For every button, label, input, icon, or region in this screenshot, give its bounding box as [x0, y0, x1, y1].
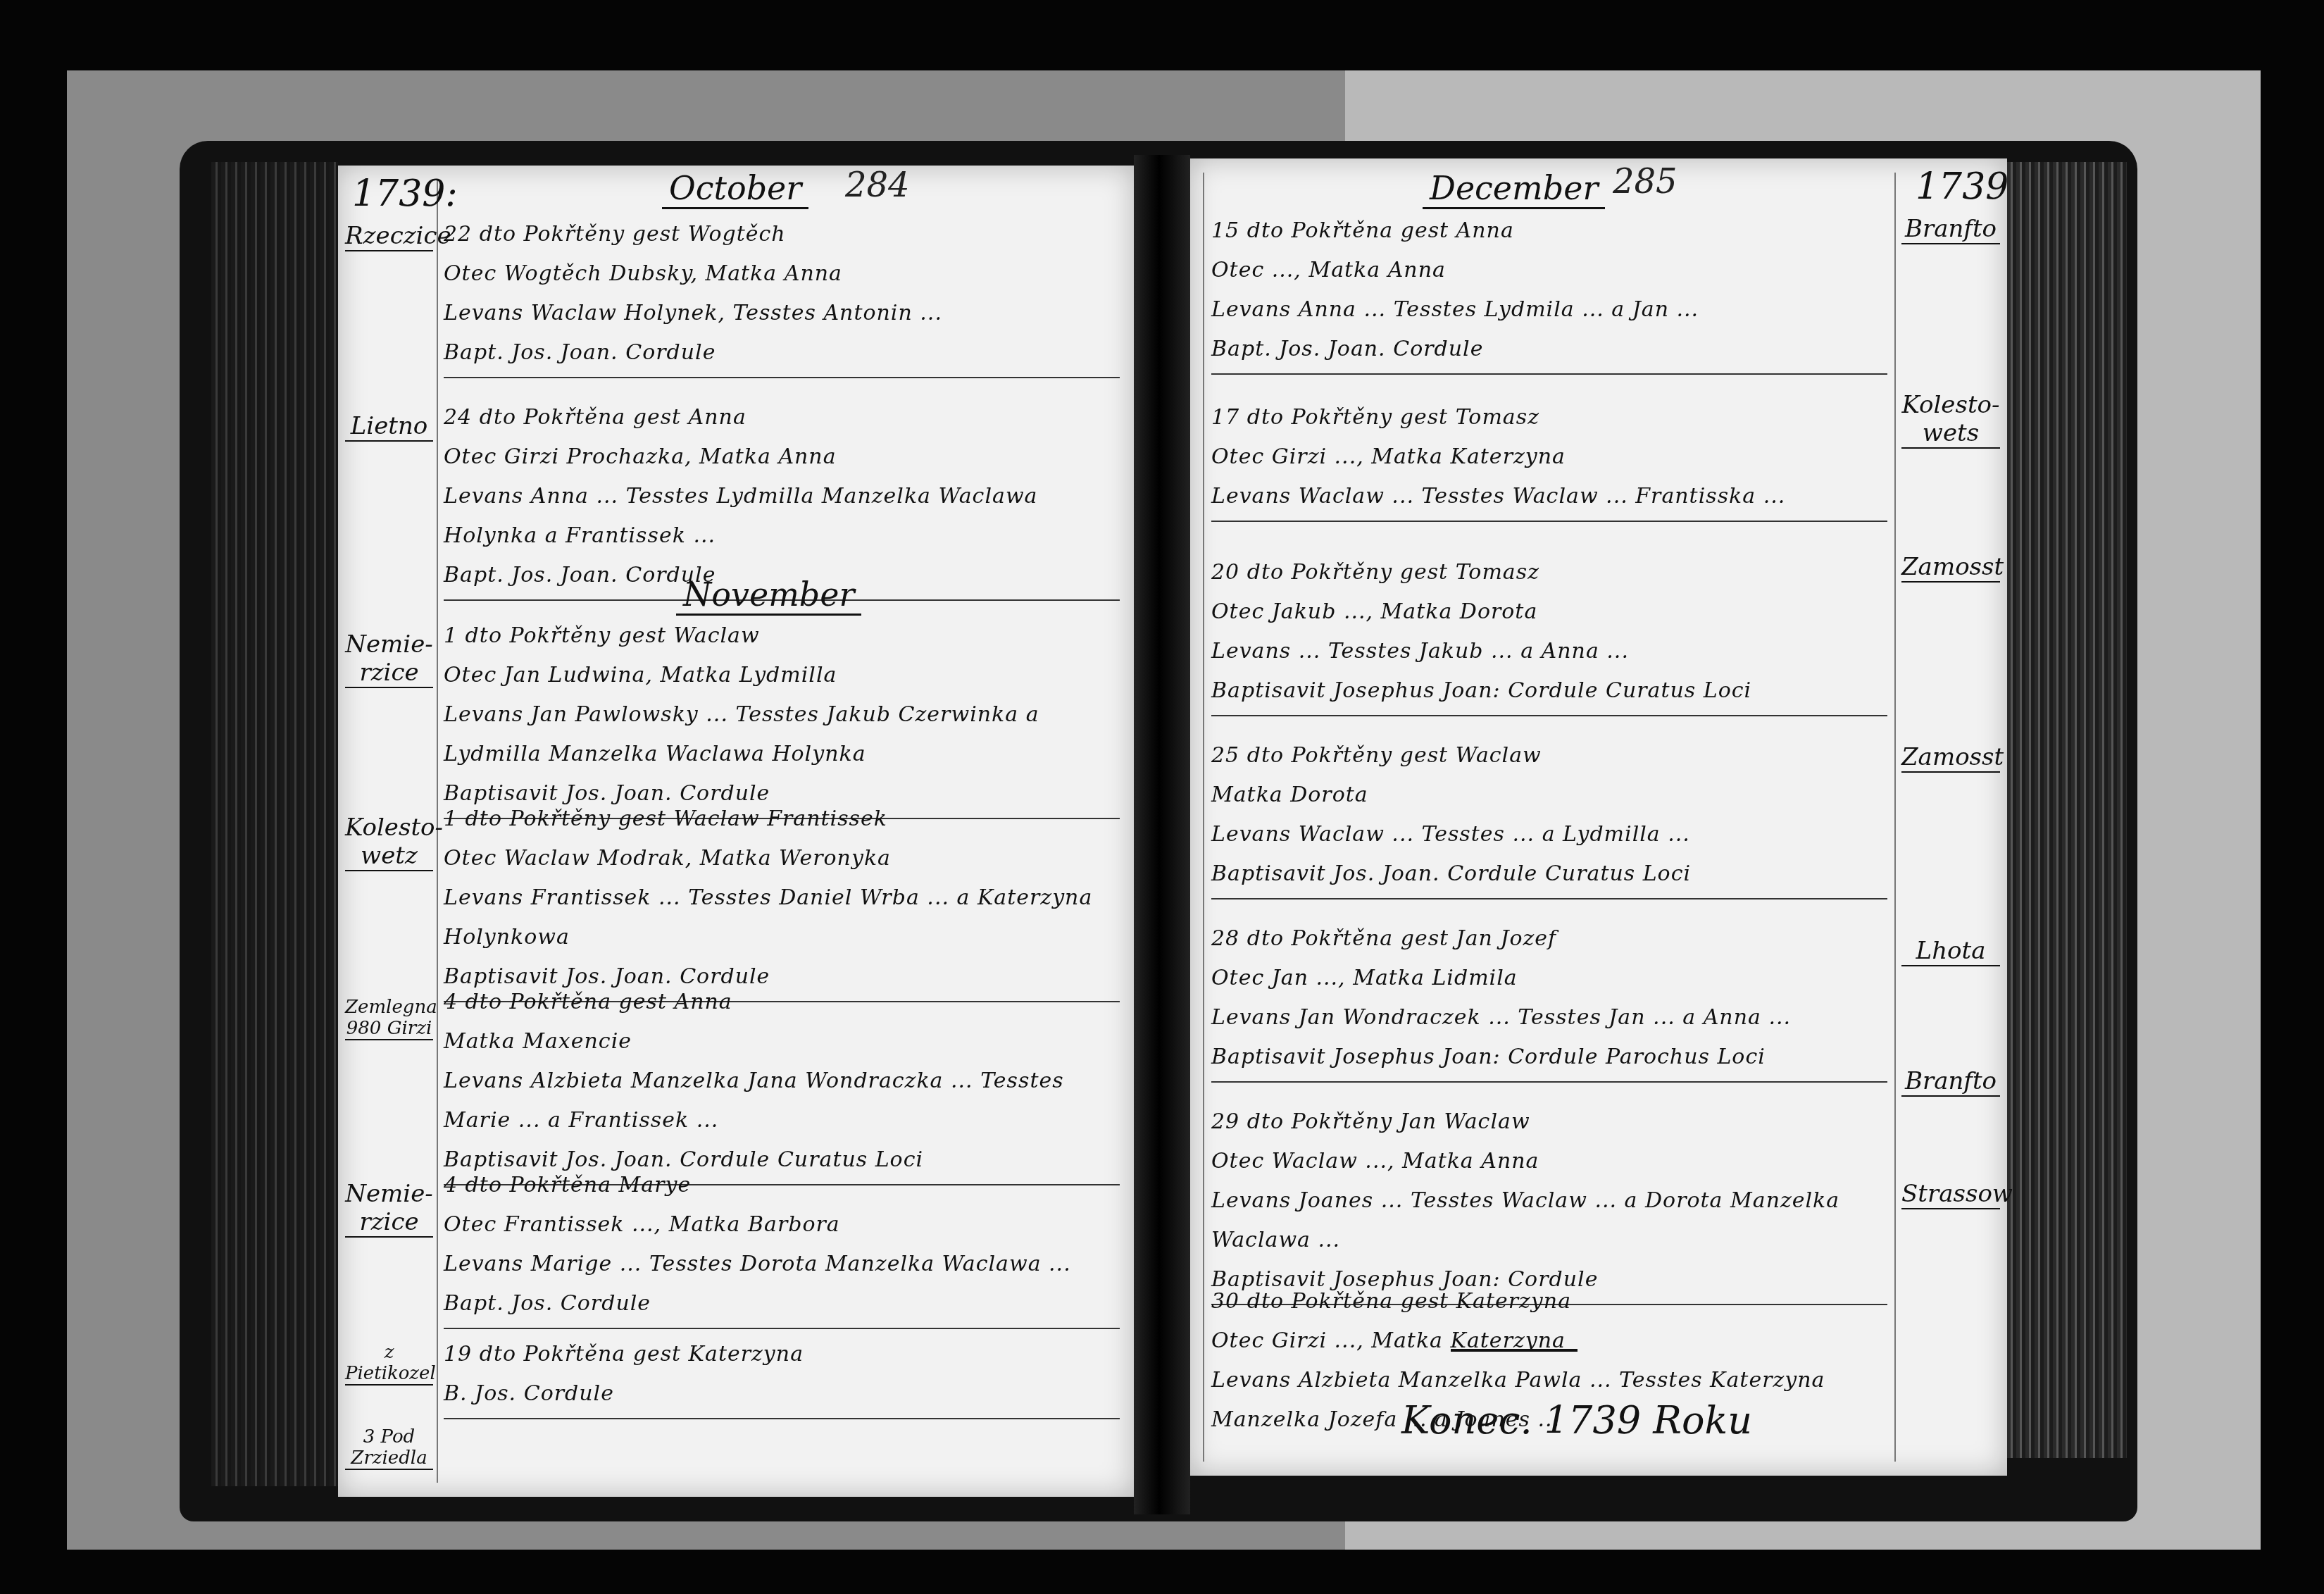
register-entry: 29 dto Pokřtěny Jan Waclaw Otec Waclaw .… — [1211, 1102, 1887, 1305]
entry-opening: 20 dto Pokřtěny gest Tomasz — [1211, 553, 1887, 592]
margin-note-village: Branfto — [1901, 215, 2000, 244]
entry-godparents: Levans Jan Wondraczek ... Tesstes Jan ..… — [1211, 998, 1887, 1038]
entry-parents: Otec Girzi ..., Matka Katerzyna — [1211, 1321, 1887, 1361]
entry-godparents: Levans Joanes ... Tesstes Waclaw ... a D… — [1211, 1181, 1887, 1260]
entry-godparents: Levans Anna ... Tesstes Lydmila ... a Ja… — [1211, 290, 1887, 330]
entry-signature: Baptisavit Josephus Joan: Cordule Curatu… — [1211, 671, 1887, 711]
entry-godparents: Levans Waclaw Holynek, Tesstes Antonin .… — [444, 294, 1120, 333]
page-edges-right — [2007, 162, 2127, 1458]
entry-opening: 29 dto Pokřtěny Jan Waclaw — [1211, 1102, 1887, 1142]
register-entry: 4 dto Pokřtěna Marye Otec Frantissek ...… — [444, 1166, 1120, 1329]
folio-number: 284 — [845, 166, 910, 205]
entry-parents: Otec Waclaw ..., Matka Anna — [1211, 1142, 1887, 1181]
left-page: 1739: October 284 22 dto Pokřtěny gest W… — [338, 166, 1134, 1497]
margin-note-village: Nemie-rzice — [345, 630, 433, 688]
margin-note-village: Strassow — [1901, 1180, 2000, 1209]
entry-opening: 17 dto Pokřtěny gest Tomasz — [1211, 398, 1887, 437]
register-entry: 28 dto Pokřtěna gest Jan Jozef Otec Jan … — [1211, 919, 1887, 1083]
entry-godparents: Levans ... Tesstes Jakub ... a Anna ... — [1211, 632, 1887, 671]
entry-parents: Otec Girzi ..., Matka Katerzyna — [1211, 437, 1887, 477]
register-entry: 15 dto Pokřtěna gest Anna Otec ..., Matk… — [1211, 211, 1887, 375]
register-entry: 1 dto Pokřtěny gest Waclaw Frantissek Ot… — [444, 799, 1120, 1002]
entry-parents: Otec Waclaw Modrak, Matka Weronyka — [444, 839, 1120, 878]
entry-parents: Otec Jan ..., Matka Lidmila — [1211, 959, 1887, 998]
margin-note-village: Lhota — [1901, 937, 2000, 966]
margin-note-village: Branfto — [1901, 1067, 2000, 1097]
entry-opening: 19 dto Pokřtěna gest Katerzyna — [444, 1335, 1120, 1374]
entry-signature: Baptisavit Josephus Joan: Cordule Paroch… — [1211, 1038, 1887, 1077]
entry-signature: B. Jos. Cordule — [444, 1374, 1120, 1414]
month-heading-october: October — [662, 169, 808, 209]
register-entry: 19 dto Pokřtěna gest Katerzyna B. Jos. C… — [444, 1335, 1120, 1419]
margin-note-village: Nemie-rzice — [345, 1180, 433, 1238]
entry-parents: Otec Wogtěch Dubsky, Matka Anna — [444, 254, 1120, 294]
margin-note-village: Kolesto-wetz — [345, 814, 433, 871]
entry-parents: Otec Jan Ludwina, Matka Lydmilla — [444, 656, 1120, 695]
closing-rule — [1451, 1349, 1578, 1352]
entry-opening: 1 dto Pokřtěny gest Waclaw Frantissek — [444, 799, 1120, 839]
margin-note-village: Rzeczice — [345, 222, 433, 251]
entry-parents: Otec Girzi Prochazka, Matka Anna — [444, 437, 1120, 477]
entry-godparents: Levans Marige ... Tesstes Dorota Manzelk… — [444, 1245, 1120, 1284]
entry-opening: 15 dto Pokřtěna gest Anna — [1211, 211, 1887, 251]
entry-opening: 22 dto Pokřtěny gest Wogtěch — [444, 215, 1120, 254]
margin-note-village: Zemlegna 980 Girzi — [345, 997, 433, 1040]
entry-opening: 30 dto Pokřtěna gest Katerzyna — [1211, 1282, 1887, 1321]
entry-parents: Otec ..., Matka Anna — [1211, 251, 1887, 290]
entry-godparents: Levans Waclaw ... Tesstes ... a Lydmilla… — [1211, 815, 1887, 854]
entry-opening: 25 dto Pokřtěny gest Waclaw — [1211, 736, 1887, 776]
entry-opening: 4 dto Pokřtěna gest Anna — [444, 983, 1120, 1022]
entry-opening: 24 dto Pokřtěna gest Anna — [444, 398, 1120, 437]
margin-note-village: 3 Pod Zrziedla — [345, 1426, 433, 1470]
register-entry: 17 dto Pokřtěny gest Tomasz Otec Girzi .… — [1211, 398, 1887, 522]
register-entry: 25 dto Pokřtěny gest Waclaw Matka Dorota… — [1211, 736, 1887, 899]
entry-signature: Bapt. Jos. Joan. Cordule — [444, 333, 1120, 373]
folio-number: 285 — [1613, 162, 1678, 201]
entry-parents: Otec Frantissek ..., Matka Barbora — [444, 1205, 1120, 1245]
margin-rule — [1894, 173, 1896, 1462]
year-mark: 1739: — [352, 173, 458, 215]
entry-opening: 28 dto Pokřtěna gest Jan Jozef — [1211, 919, 1887, 959]
book-gutter — [1134, 155, 1190, 1514]
entry-godparents: Levans Frantissek ... Tesstes Daniel Wrb… — [444, 878, 1120, 957]
register-entry: 22 dto Pokřtěny gest Wogtěch Otec Wogtěc… — [444, 215, 1120, 378]
month-heading-december: December — [1423, 169, 1605, 209]
entry-opening: 1 dto Pokřtěny gest Waclaw — [444, 616, 1120, 656]
entry-parents: Matka Maxencie — [444, 1022, 1120, 1061]
entry-signature: Baptisavit Jos. Joan. Cordule Curatus Lo… — [1211, 854, 1887, 894]
right-page: December 285 1739 15 dto Pokřtěna gest A… — [1190, 158, 2007, 1476]
register-entry: 24 dto Pokřtěna gest Anna Otec Girzi Pro… — [444, 398, 1120, 601]
margin-rule — [1203, 173, 1204, 1462]
margin-note-village: Zamosst — [1901, 553, 2000, 583]
page-edges-left — [211, 162, 338, 1486]
entry-parents: Otec Jakub ..., Matka Dorota — [1211, 592, 1887, 632]
entry-godparents: Levans Waclaw ... Tesstes Waclaw ... Fra… — [1211, 477, 1887, 516]
margin-note-village: Zamosst — [1901, 743, 2000, 773]
year-mark: 1739 — [1916, 166, 2008, 208]
entry-signature: Bapt. Jos. Cordule — [444, 1284, 1120, 1324]
entry-signature: Bapt. Jos. Joan. Cordule — [1211, 330, 1887, 369]
register-entry: 20 dto Pokřtěny gest Tomasz Otec Jakub .… — [1211, 553, 1887, 716]
register-entry: 4 dto Pokřtěna gest Anna Matka Maxencie … — [444, 983, 1120, 1185]
entry-parents: Matka Dorota — [1211, 776, 1887, 815]
month-heading-november: November — [676, 575, 861, 616]
margin-note-village: Kolesto-wets — [1901, 391, 2000, 449]
entry-opening: 4 dto Pokřtěna Marye — [444, 1166, 1120, 1205]
register-entry: 1 dto Pokřtěny gest Waclaw Otec Jan Ludw… — [444, 616, 1120, 819]
margin-note-village: z Pietikozel — [345, 1342, 433, 1386]
entry-godparents: Levans Anna ... Tesstes Lydmilla Manzelk… — [444, 477, 1120, 556]
year-closing-note: Konec. 1739 Roku — [1401, 1398, 1752, 1443]
entry-godparents: Levans Alzbieta Manzelka Jana Wondraczka… — [444, 1061, 1120, 1140]
margin-note-village: Lietno — [345, 412, 433, 442]
entry-godparents: Levans Jan Pawlowsky ... Tesstes Jakub C… — [444, 695, 1120, 774]
